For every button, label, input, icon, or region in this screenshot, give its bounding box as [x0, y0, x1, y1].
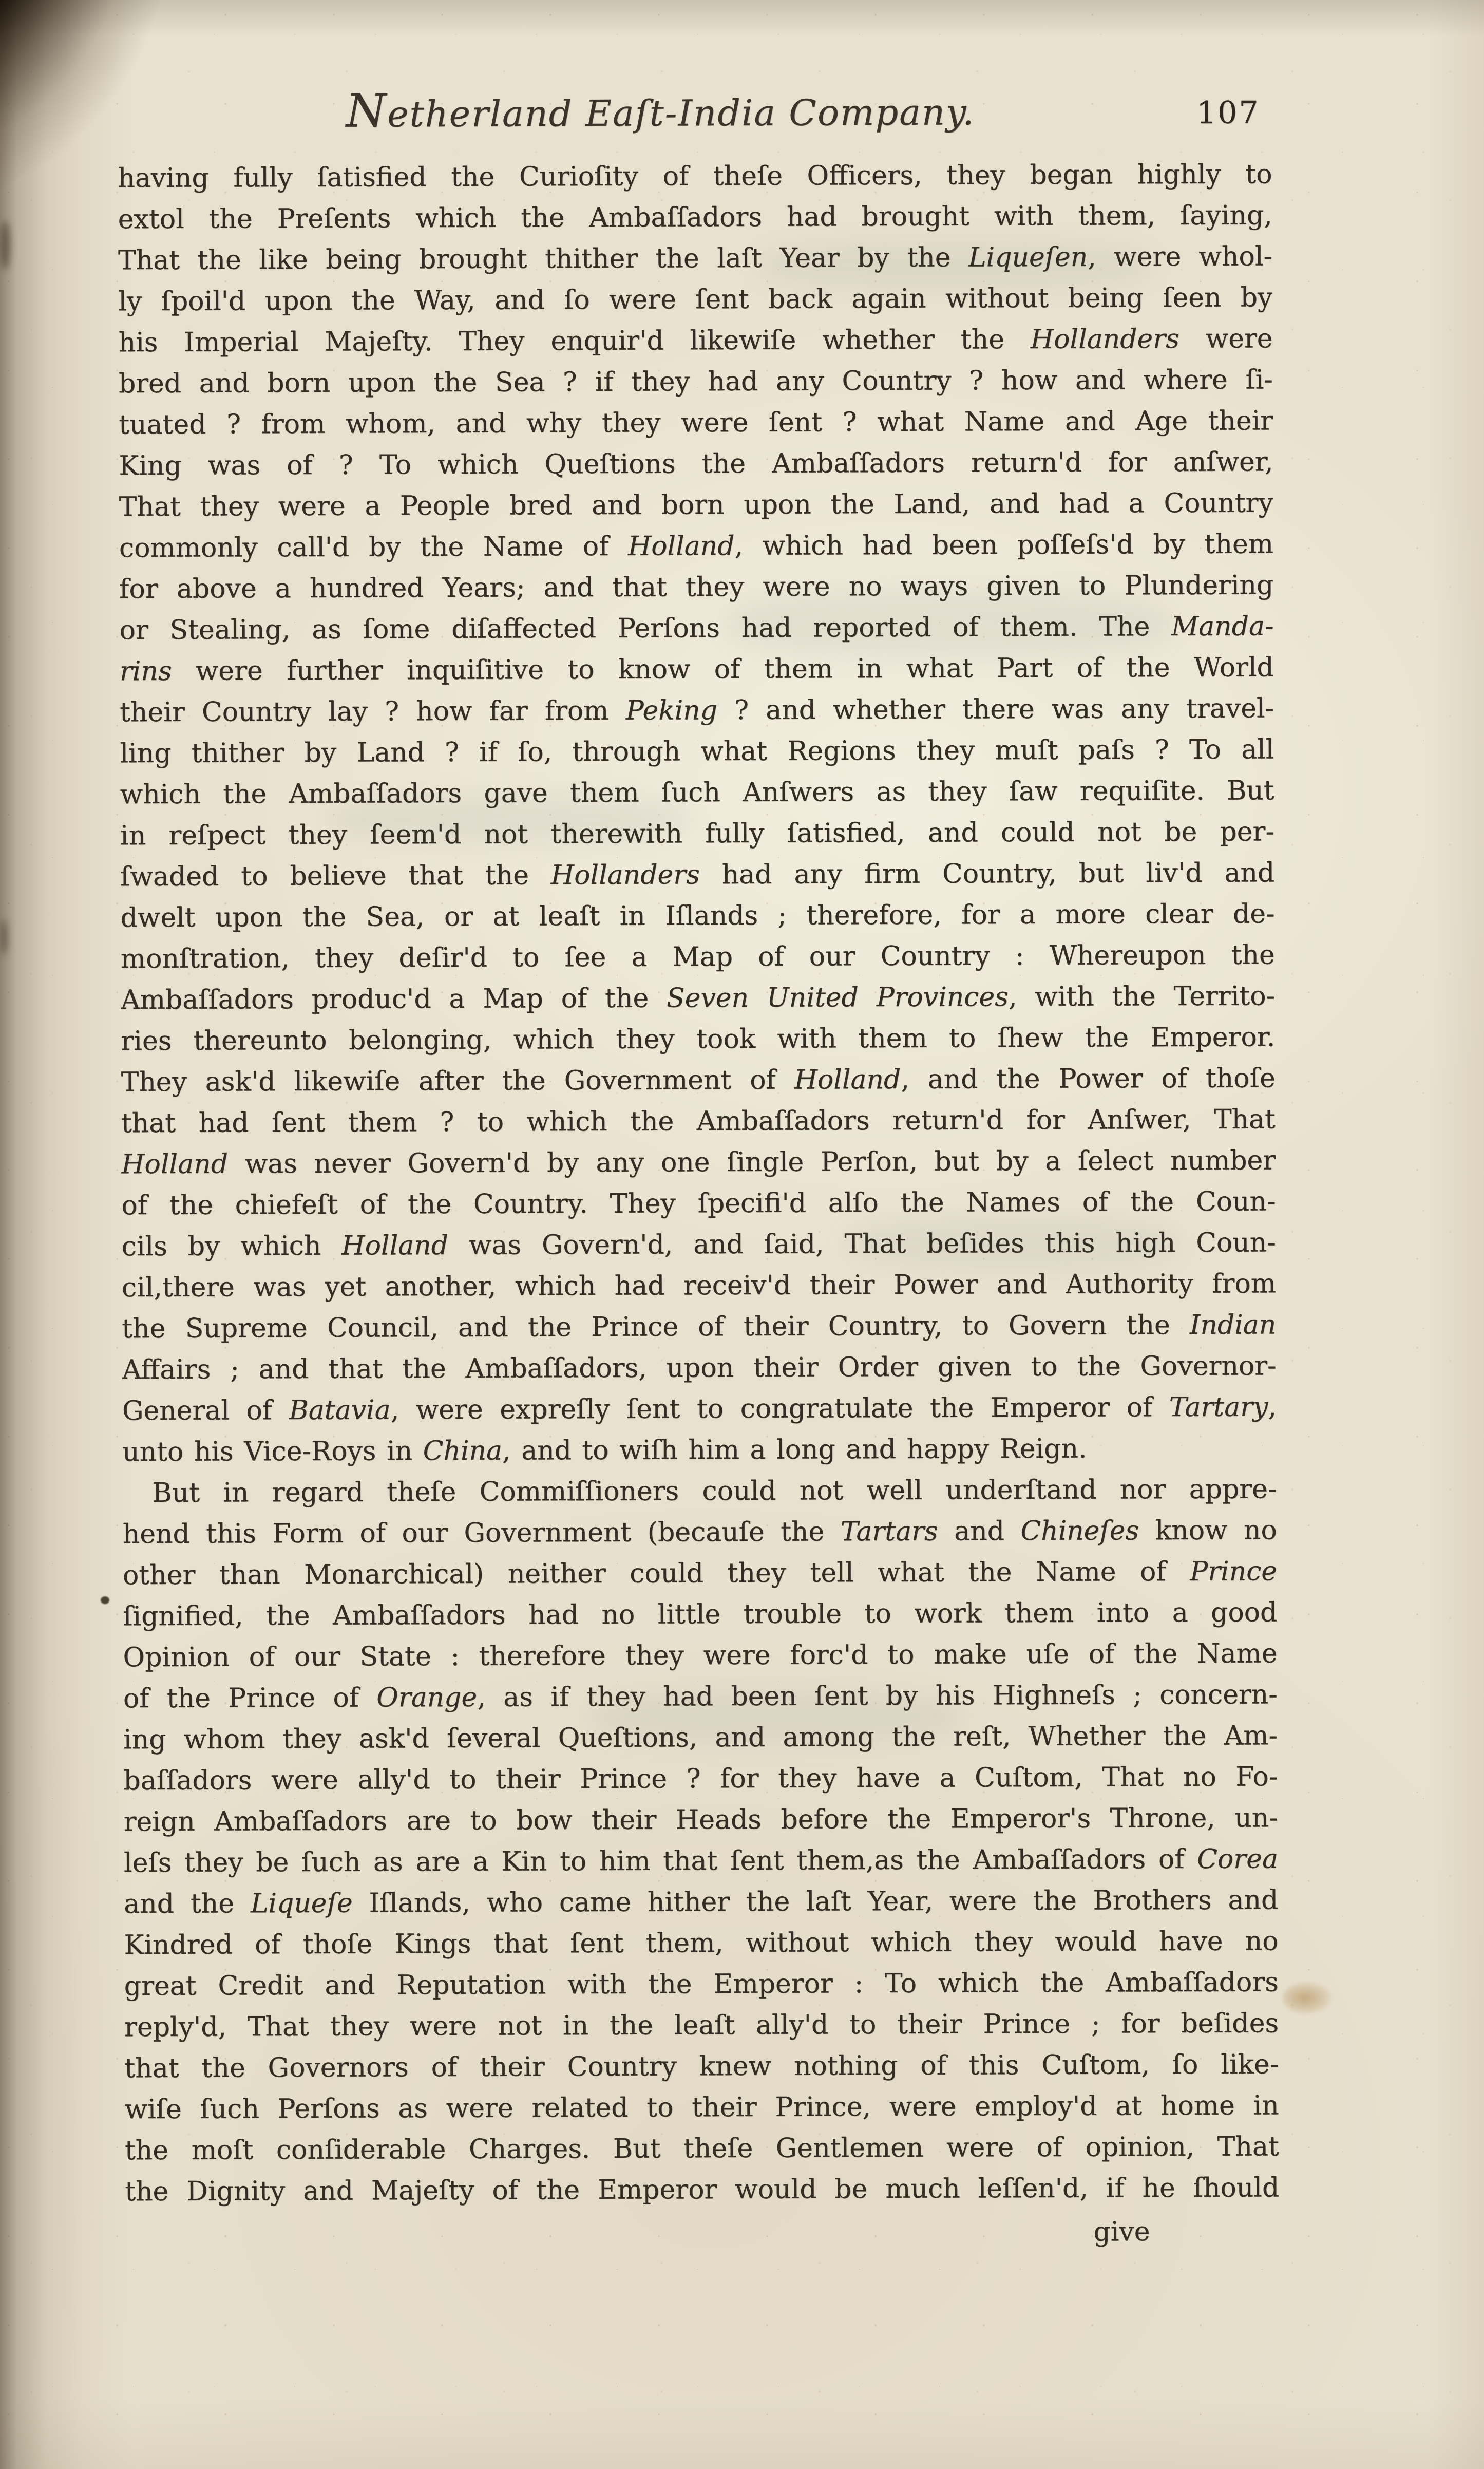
text-line: the Dignity and Majeſty of the Emperor w… — [125, 2167, 1279, 2212]
text-line: cil,there was yet another, which had rec… — [122, 1263, 1276, 1308]
text-line: reign Ambaſſadors are to bow their Heads… — [124, 1797, 1278, 1842]
text-line: Opinion of our State : therefore they we… — [123, 1633, 1277, 1678]
text-line: wiſe ſuch Perſons as were related to the… — [124, 2085, 1279, 2130]
text-line: That they were a People bred and born up… — [119, 482, 1273, 527]
text-line: or Stealing, as ſome diſaffected Perſons… — [119, 606, 1273, 651]
paper-stain — [1283, 1982, 1332, 2014]
text-line: of the Prince of Orange, as if they had … — [123, 1674, 1278, 1719]
text-line: ing whom they ask'd ſeveral Queſtions, a… — [123, 1715, 1278, 1760]
page-edge-nick — [0, 919, 8, 955]
gutter-corner-shadow — [0, 0, 359, 462]
text-line: reply'd, That they were not in the leaſt… — [124, 2003, 1279, 2048]
text-line: dwelt upon the Sea, or at leaſt in Iſlan… — [120, 893, 1274, 938]
text-line: But in regard theſe Commiſſioners could … — [122, 1468, 1277, 1514]
text-line: Affairs ; and that the Ambaſſadors, upon… — [122, 1345, 1276, 1390]
text-line: their Country lay ? how far from Peking … — [120, 688, 1274, 733]
text-line: cils by which Holland was Govern'd, and … — [122, 1222, 1276, 1267]
text-line: and the Liqueſe Iſlands, who came hither… — [124, 1879, 1278, 1925]
text-line: Kindred of thoſe Kings that ſent them, w… — [124, 1920, 1278, 1966]
text-line: Holland was never Govern'd by any one ſi… — [121, 1140, 1276, 1185]
catchword: give — [1093, 2211, 1150, 2252]
text-line: for above a hundred Years; and that they… — [119, 564, 1273, 610]
running-header-title: Netherland Eaſt-India Company. — [346, 83, 975, 140]
text-line: ries thereunto belonging, which they too… — [121, 1016, 1275, 1062]
text-line: ling thither by Land ? if ſo, through wh… — [120, 729, 1274, 774]
text-line: ſignified, the Ambaſſadors had no little… — [123, 1592, 1277, 1637]
text-line: that the Governors of their Country knew… — [124, 2044, 1279, 2089]
text-line: that had ſent them ? to which the Ambaſſ… — [121, 1099, 1276, 1144]
text-line: monſtration, they deſir'd to ſee a Map o… — [121, 934, 1275, 979]
text-line: of the chiefeſt of the Country. They ſpe… — [121, 1181, 1276, 1226]
text-block: having fully ſatisfied the Curioſity of … — [118, 154, 1279, 2212]
text-line: great Credit and Reputation with the Emp… — [124, 1962, 1279, 2007]
text-line: General of Batavia, were expreſly ſent t… — [122, 1386, 1277, 1431]
page-edge-nick — [0, 221, 10, 270]
text-line: the moſt conſiderable Charges. But theſe… — [125, 2126, 1279, 2171]
text-line: baſſadors were ally'd to their Prince ? … — [123, 1756, 1278, 1801]
ink-spot — [101, 1596, 109, 1604]
catchword-row: give — [125, 2211, 1279, 2256]
text-line: hend this Form of our Government (becauſ… — [123, 1510, 1277, 1555]
text-line: They ask'd likewiſe after the Government… — [121, 1058, 1275, 1103]
text-line: ſwaded to believe that the Hollanders ha… — [120, 852, 1274, 897]
book-page-scan: Netherland Eaſt-India Company. 107 havin… — [0, 0, 1484, 2469]
text-line: Ambaſſadors produc'd a Map of the Seven … — [121, 975, 1275, 1021]
text-line: leſs they be ſuch as are a Kin to him th… — [124, 1838, 1278, 1883]
text-line: commonly call'd by the Name of Holland, … — [119, 523, 1273, 569]
text-line: unto his Vice-Roys in China, and to wiſh… — [122, 1427, 1277, 1473]
text-line: in reſpect they ſeem'd not therewith ful… — [120, 811, 1274, 856]
text-line: the Supreme Council, and the Prince of t… — [122, 1304, 1276, 1349]
page-number: 107 — [1196, 95, 1260, 130]
text-line: rins were further inquiſitive to know of… — [120, 647, 1274, 692]
text-line: other than Monarchical) neither could th… — [123, 1551, 1277, 1596]
text-line: which the Ambaſſadors gave them ſuch Anſ… — [120, 770, 1274, 815]
